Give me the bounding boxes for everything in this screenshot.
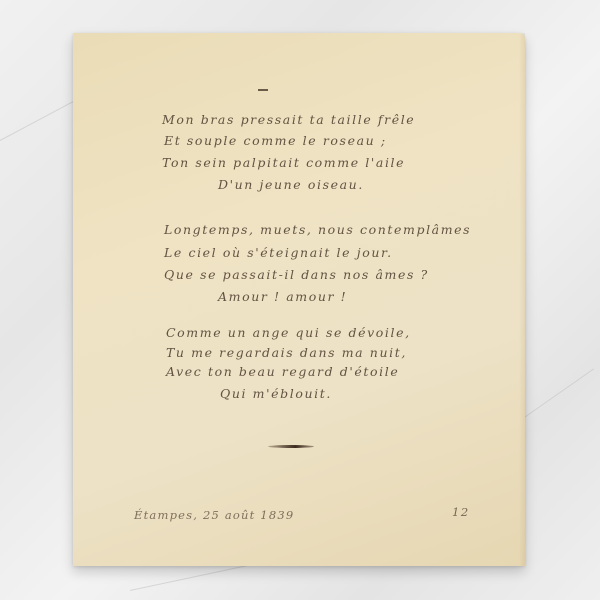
top-dash-mark [258, 89, 268, 91]
poem-line: Et souple comme le roseau ; [164, 133, 387, 148]
marble-vein [520, 368, 594, 420]
poem-line: Amour ! amour ! [218, 289, 347, 304]
poem-line: Comme un ange qui se dévoile, [166, 325, 411, 340]
marble-vein [0, 98, 80, 141]
poem-line: D'un jeune oiseau. [218, 177, 364, 192]
place-date-signature: Étampes, 25 août 1839 [134, 508, 294, 522]
poem-line: Tu me regardais dans ma nuit, [166, 345, 407, 360]
poem-line: Que se passait-il dans nos âmes ? [164, 267, 429, 282]
poem-line: Ton sein palpitait comme l'aile [162, 155, 405, 170]
closing-ink-stroke [268, 445, 314, 448]
poem-line: Longtemps, muets, nous contemplâmes [164, 222, 471, 237]
poem-line: Avec ton beau regard d'étoile [166, 364, 399, 379]
page-number: 12 [452, 505, 470, 519]
poem-line: Le ciel où s'éteignait le jour. [164, 245, 393, 260]
poem-line: Qui m'éblouit. [220, 386, 332, 401]
poem-line: Mon bras pressait ta taille frêle [162, 112, 415, 127]
